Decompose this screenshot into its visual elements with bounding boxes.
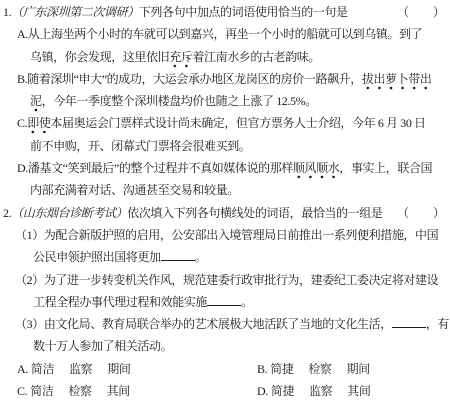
- q1-option-a-text: 着江南水乡的古老韵味。: [192, 50, 320, 64]
- q2-sentence-2-text: 。: [241, 295, 253, 309]
- q1-option-b-line-2: 泥，今年一季度整个深圳楼盘均价也随之上涨了 12.5%。: [3, 90, 447, 112]
- q2-choice-a: A.简洁监察期间: [3, 358, 243, 380]
- q2-choice-c-word: 检察: [68, 384, 91, 398]
- q2-sentence-2-line-2: 工程全程办事代理过程和效能实施。: [3, 291, 447, 313]
- q2-choice-c-label: C.: [17, 384, 27, 398]
- q1-option-d-label: D.: [17, 161, 28, 175]
- q1-option-d-text: ，事实上，联合国: [339, 161, 432, 175]
- q1-option-b-label: B.: [17, 72, 27, 86]
- question-2-stem: 依次填入下列各句横线处的词语，最恰当的一组是: [127, 202, 382, 224]
- q2-choice-a-label: A.: [17, 362, 28, 376]
- q1-option-b-text: ，今年一季度整个深圳楼盘均价也随之上涨了 12.5%。: [42, 94, 317, 108]
- q2-sentence-1-line-1: （1）为配合新版护照的启用，公安部出入境管理局日前推出一系列便利措施，中国: [3, 224, 447, 246]
- q1-option-c-emphasized-word: 即使: [27, 116, 50, 134]
- q2-choice-b-word: 检察: [308, 362, 331, 376]
- q2-choices-row-1: A.简洁监察期间 B.简捷检察期间: [3, 358, 447, 380]
- q2-sentence-3-line-2: 数十万人参加了相关活动。: [3, 335, 447, 357]
- q2-sentence-1-text: 公民申领护照出国将更加: [33, 250, 161, 264]
- q1-option-d-text: 内部充满着对话、沟通甚至交易和较量。: [30, 183, 239, 197]
- q2-sentence-2-label: （2）: [15, 273, 44, 287]
- blank-line: [392, 325, 426, 328]
- question-2-answer-bracket: （ ）: [397, 202, 447, 224]
- q1-option-d-line-1: D.潘基文“笑到最后”的整个过程并不真如媒体说的那样顺风顺水，事实上，联合国: [3, 157, 447, 179]
- q2-sentence-2-line-1: （2）为了进一步转变机关作风，规范建委行政审批行为，建委纪工委决定将对建设: [3, 269, 447, 291]
- q2-sentence-3-line-1: （3）由文化局、教育局联合举办的艺术展极大地活跃了当地的文化生活，，有: [3, 313, 447, 335]
- q1-option-a-line-2: 乌镇，你会发现，这里依旧充斥着江南水乡的古老韵味。: [3, 46, 447, 68]
- q1-option-d-emphasized-word: 顺风顺水: [293, 161, 339, 179]
- question-2-number: 2.: [3, 202, 11, 224]
- question-2-stem-line: 2. （山东烟台诊断考试） 依次填入下列各句横线处的词语，最恰当的一组是 （ ）: [3, 202, 447, 224]
- q2-sentence-3-label: （3）: [15, 317, 44, 331]
- question-1-number: 1.: [3, 1, 11, 23]
- q2-choice-a-word: 监察: [69, 362, 92, 376]
- q1-option-a-text: 乌镇，你会发现，这里依旧: [30, 50, 169, 64]
- blank-line: [161, 258, 195, 261]
- q1-option-b-emphasized-word: 泥: [30, 94, 42, 112]
- q2-choice-b-word: 简捷: [270, 362, 293, 376]
- question-1-stem-line: 1. （广东深圳第二次调研） 下列各句中加点的词语使用恰当的一句是 （ ）: [3, 1, 447, 23]
- q2-choice-d-label: D.: [257, 384, 268, 398]
- q1-option-a-text: 从上海坐两个小时的车就可以到嘉兴，再坐一个小时的船就可以到乌镇。到了: [28, 27, 422, 41]
- q2-sentence-3-text: 由文化局、教育局联合举办的艺术展极大地活跃了当地的文化生活，: [44, 317, 392, 331]
- q1-option-c-label: C.: [17, 116, 27, 130]
- q2-choice-d-word: 其间: [347, 384, 370, 398]
- question-1-answer-bracket: （ ）: [397, 1, 447, 23]
- q2-choice-c-word: 简洁: [30, 384, 53, 398]
- question-2-source: （山东烟台诊断考试）: [11, 202, 127, 224]
- question-1-stem: 下列各句中加点的词语使用恰当的一句是: [139, 1, 348, 23]
- q2-sentence-2-text: 工程全程办事代理过程和效能实施: [33, 295, 207, 309]
- q1-option-c-text: 前不申购，开、闭幕式门票将会很难买到。: [30, 139, 250, 153]
- q2-choice-c: C.简洁检察其间: [3, 380, 243, 401]
- q2-sentence-1-text: 为配合新版护照的启用，公安部出入境管理局日前推出一系列便利措施，中国: [44, 228, 438, 242]
- q1-option-a-emphasized-word: 充斥: [169, 50, 192, 68]
- q1-option-c-line-1: C.即使本届奥运会门票样式设计尚未确定，但官方票务人士介绍，今年 6 月 30 …: [3, 112, 447, 134]
- q2-sentence-1-line-2: 公民申领护照出国将更加。: [3, 246, 447, 268]
- q2-choice-b-label: B.: [257, 362, 267, 376]
- q2-choice-b-word: 期间: [347, 362, 370, 376]
- q2-choice-d-word: 监察: [309, 384, 332, 398]
- q1-option-a-line-1: A.从上海坐两个小时的车就可以到嘉兴，再坐一个小时的船就可以到乌镇。到了: [3, 23, 447, 45]
- q1-option-b-text: 随着深圳“申大”的成功，大运会承办地区龙岗区的房价一路飙升，: [27, 72, 362, 86]
- q2-choices-row-2: C.简洁检察其间 D.简捷监察其间: [3, 380, 447, 401]
- question-1-source: （广东深圳第二次调研）: [11, 1, 139, 23]
- q2-sentence-1-text: 。: [195, 250, 207, 264]
- q1-option-b-emphasized-word: 拔出萝卜带出: [362, 72, 432, 90]
- q2-sentence-1-label: （1）: [15, 228, 44, 242]
- q2-sentence-3-text: ，有: [426, 317, 449, 331]
- q2-choice-a-word: 期间: [107, 362, 130, 376]
- q2-sentence-2-text: 为了进一步转变机关作风，规范建委行政审批行为，建委纪工委决定将对建设: [44, 273, 438, 287]
- q2-choice-c-word: 其间: [107, 384, 130, 398]
- q2-choice-d-word: 简捷: [271, 384, 294, 398]
- q1-option-a-label: A.: [17, 27, 28, 41]
- q2-choice-d: D.简捷监察其间: [243, 380, 447, 401]
- q1-option-d-text: 潘基文“笑到最后”的整个过程并不真如媒体说的那样: [28, 161, 293, 175]
- q2-choice-b: B.简捷检察期间: [243, 358, 447, 380]
- test-paper-page: 1. （广东深圳第二次调研） 下列各句中加点的词语使用恰当的一句是 （ ） A.…: [0, 0, 450, 401]
- q1-option-c-line-2: 前不申购，开、闭幕式门票将会很难买到。: [3, 135, 447, 157]
- blank-line: [207, 303, 241, 306]
- q1-option-b-line-1: B.随着深圳“申大”的成功，大运会承办地区龙岗区的房价一路飙升，拔出萝卜带出: [3, 68, 447, 90]
- q1-option-d-line-2: 内部充满着对话、沟通甚至交易和较量。: [3, 179, 447, 201]
- q1-option-c-text: 本届奥运会门票样式设计尚未确定，但官方票务人士介绍，今年 6 月 30 日: [50, 116, 425, 130]
- q2-sentence-3-text: 数十万人参加了相关活动。: [33, 339, 172, 353]
- q2-choice-a-word: 简洁: [31, 362, 54, 376]
